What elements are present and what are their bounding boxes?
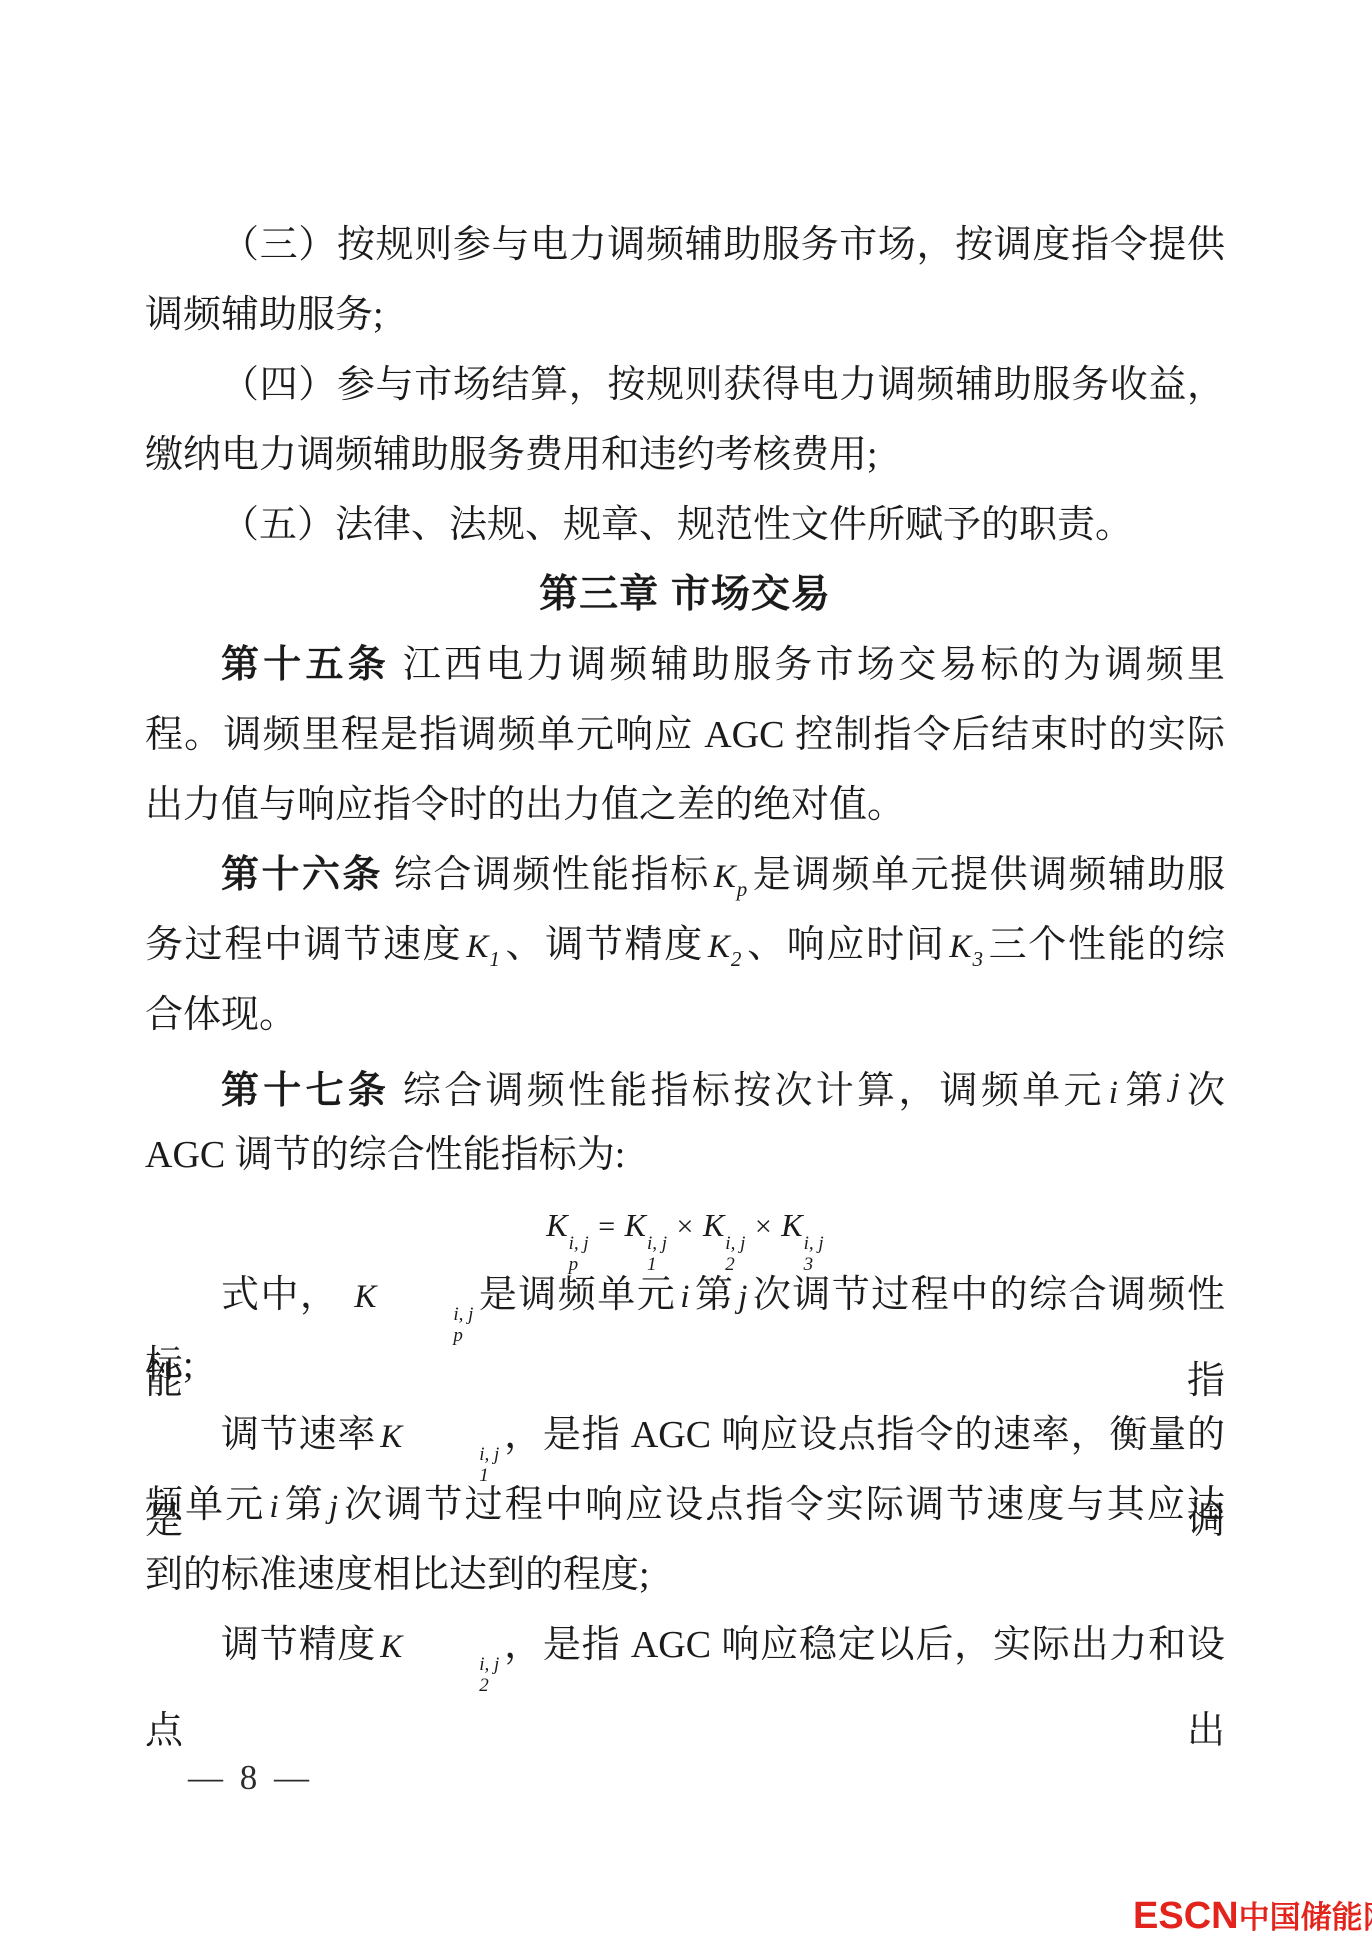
text-run: 控制指令后结束时的实际 xyxy=(784,714,1225,756)
text-run: 务过程中调节速度 xyxy=(145,924,462,966)
math-expression: Kp xyxy=(714,859,748,895)
math-expression: i xyxy=(680,1279,689,1315)
logo-latin-text: ESCN xyxy=(1133,1895,1239,1937)
text-run: （三）按规则参与电力调频辅助服务市场，按调度指令提供 xyxy=(221,224,1225,266)
text-run: AGC xyxy=(631,1624,711,1666)
text-run: 调节的综合性能指标为: xyxy=(225,1134,625,1176)
text-run: ，是指 xyxy=(503,1414,631,1456)
text-run: （五）法律、法规、规章、规范性文件所赋予的职责。 xyxy=(221,504,1133,546)
text-run: 、响应时间 xyxy=(745,924,945,966)
text-run: 综合调频性能指标 xyxy=(383,854,710,896)
text-run: （四）参与市场结算，按规则获得电力调频辅助服务收益， xyxy=(221,364,1225,406)
text-run: 、调节精度 xyxy=(504,924,704,966)
text-run: 第 xyxy=(1122,1070,1167,1112)
text-run: 是调频单元 xyxy=(477,1274,676,1316)
document-line: （四）参与市场结算，按规则获得电力调频辅助服务收益， xyxy=(145,350,1225,420)
document-line: 出力值与响应指令时的出力值之差的绝对值。 xyxy=(145,770,1225,840)
chapter-heading: 第三章 市场交易 xyxy=(145,560,1225,630)
document-line: 频单元i第j次调节过程中响应设点指令实际调节速度与其应达 xyxy=(145,1470,1225,1540)
text-run: AGC xyxy=(631,1414,711,1456)
math-expression: Ki, j3 xyxy=(781,1207,823,1243)
document-line: 程。调频里程是指调频单元响应 AGC 控制指令后结束时的实际 xyxy=(145,700,1225,770)
math-expression: j xyxy=(738,1279,747,1315)
document-line: 调节精度Ki, j2，是指 AGC 响应稳定以后，实际出力和设点出 xyxy=(145,1610,1225,1680)
text-run: 程。调频里程是指调频单元响应 xyxy=(145,714,704,756)
text-run: 调节速率 xyxy=(221,1414,376,1456)
escn-logo: ESCN中国储能网 xyxy=(1133,1896,1372,1936)
text-run: 综合调频性能指标按次计算，调频单元 xyxy=(390,1070,1105,1112)
text-run: 标; xyxy=(145,1344,194,1386)
text-run: = xyxy=(591,1210,623,1243)
text-run: 第三章 市场交易 xyxy=(539,573,831,616)
logo-cjk-text: 中国储能网 xyxy=(1239,1900,1372,1935)
document-line: 第十五条 江西电力调频辅助服务市场交易标的为调频里 xyxy=(145,630,1225,700)
math-expression: Ki, j1 xyxy=(380,1419,499,1455)
page-number: — 8 — xyxy=(188,1756,313,1800)
document-line: 第十七条 综合调频性能指标按次计算，调频单元i第j次 xyxy=(145,1050,1225,1120)
document-line: 调频辅助服务; xyxy=(145,280,1225,350)
document-line: 式中， Ki, jp是调频单元i第j次调节过程中的综合调频性能指 xyxy=(145,1260,1225,1330)
document-line: 缴纳电力调频辅助服务费用和违约考核费用; xyxy=(145,420,1225,490)
text-run: × xyxy=(747,1210,779,1243)
math-expression: Ki, j2 xyxy=(703,1207,745,1243)
text-run: 第 xyxy=(693,1274,734,1316)
math-expression: Ki, j2 xyxy=(380,1629,499,1665)
document-line: 调节速率Ki, j1，是指 AGC 响应设点指令的速率，衡量的是调 xyxy=(145,1400,1225,1470)
text-run: ，是指 xyxy=(503,1624,631,1666)
document-line: 务过程中调节速度K1、调节精度K2、响应时间K3三个性能的综 xyxy=(145,910,1225,980)
math-expression: Ki, jp xyxy=(354,1279,473,1315)
text-run: × xyxy=(669,1210,701,1243)
document-line: （三）按规则参与电力调频辅助服务市场，按调度指令提供 xyxy=(145,210,1225,280)
text-run: 第 xyxy=(283,1484,325,1526)
text-run: 是调频单元提供调频辅助服 xyxy=(751,854,1225,896)
document-body: （三）按规则参与电力调频辅助服务市场，按调度指令提供调频辅助服务;（四）参与市场… xyxy=(145,210,1225,1680)
math-expression: i xyxy=(1109,1075,1118,1111)
text-run: 到的标准速度相比达到的程度; xyxy=(145,1554,650,1596)
article-number: 第十五条 xyxy=(221,644,390,686)
text-run: 出力值与响应指令时的出力值之差的绝对值。 xyxy=(145,784,905,826)
document-line: 合体现。 xyxy=(145,980,1225,1050)
math-expression: Ki, jp xyxy=(546,1207,588,1243)
text-run: 调节精度 xyxy=(221,1624,376,1666)
document-line: 第十六条 综合调频性能指标Kp是调频单元提供调频辅助服 xyxy=(145,840,1225,910)
document-line: （五）法律、法规、规章、规范性文件所赋予的职责。 xyxy=(145,490,1225,560)
text-run: 江西电力调频辅助服务市场交易标的为调频里 xyxy=(390,644,1225,686)
text-run: AGC xyxy=(145,1134,225,1176)
math-expression: K3 xyxy=(949,929,983,965)
text-run: 缴纳电力调频辅助服务费用和违约考核费用; xyxy=(145,434,878,476)
text-run: 次调节过程中响应设点指令实际调节速度与其应达 xyxy=(342,1484,1225,1526)
math-expression: i xyxy=(269,1489,278,1525)
document-page: （三）按规则参与电力调频辅助服务市场，按调度指令提供调频辅助服务;（四）参与市场… xyxy=(0,0,1372,1959)
formula-line: Ki, jp = Ki, j1 × Ki, j2 × Ki, j3 xyxy=(145,1190,1225,1260)
text-run: 次 xyxy=(1184,1070,1225,1112)
text-run: 频单元 xyxy=(145,1484,265,1526)
article-number: 第十六条 xyxy=(221,854,383,896)
text-run: AGC xyxy=(704,714,784,756)
text-run: 调频辅助服务; xyxy=(145,294,384,336)
article-number: 第十七条 xyxy=(221,1070,390,1112)
math-expression: K1 xyxy=(466,929,500,965)
math-expression: j xyxy=(329,1489,338,1525)
text-run: 合体现。 xyxy=(145,994,297,1036)
text-run: 式中， xyxy=(221,1274,350,1316)
math-expression: j xyxy=(1171,1067,1180,1103)
math-expression: K2 xyxy=(708,929,742,965)
text-run: 三个性能的综 xyxy=(987,924,1225,966)
document-line: AGC 调节的综合性能指标为: xyxy=(145,1120,1225,1190)
math-expression: Ki, j1 xyxy=(625,1207,667,1243)
